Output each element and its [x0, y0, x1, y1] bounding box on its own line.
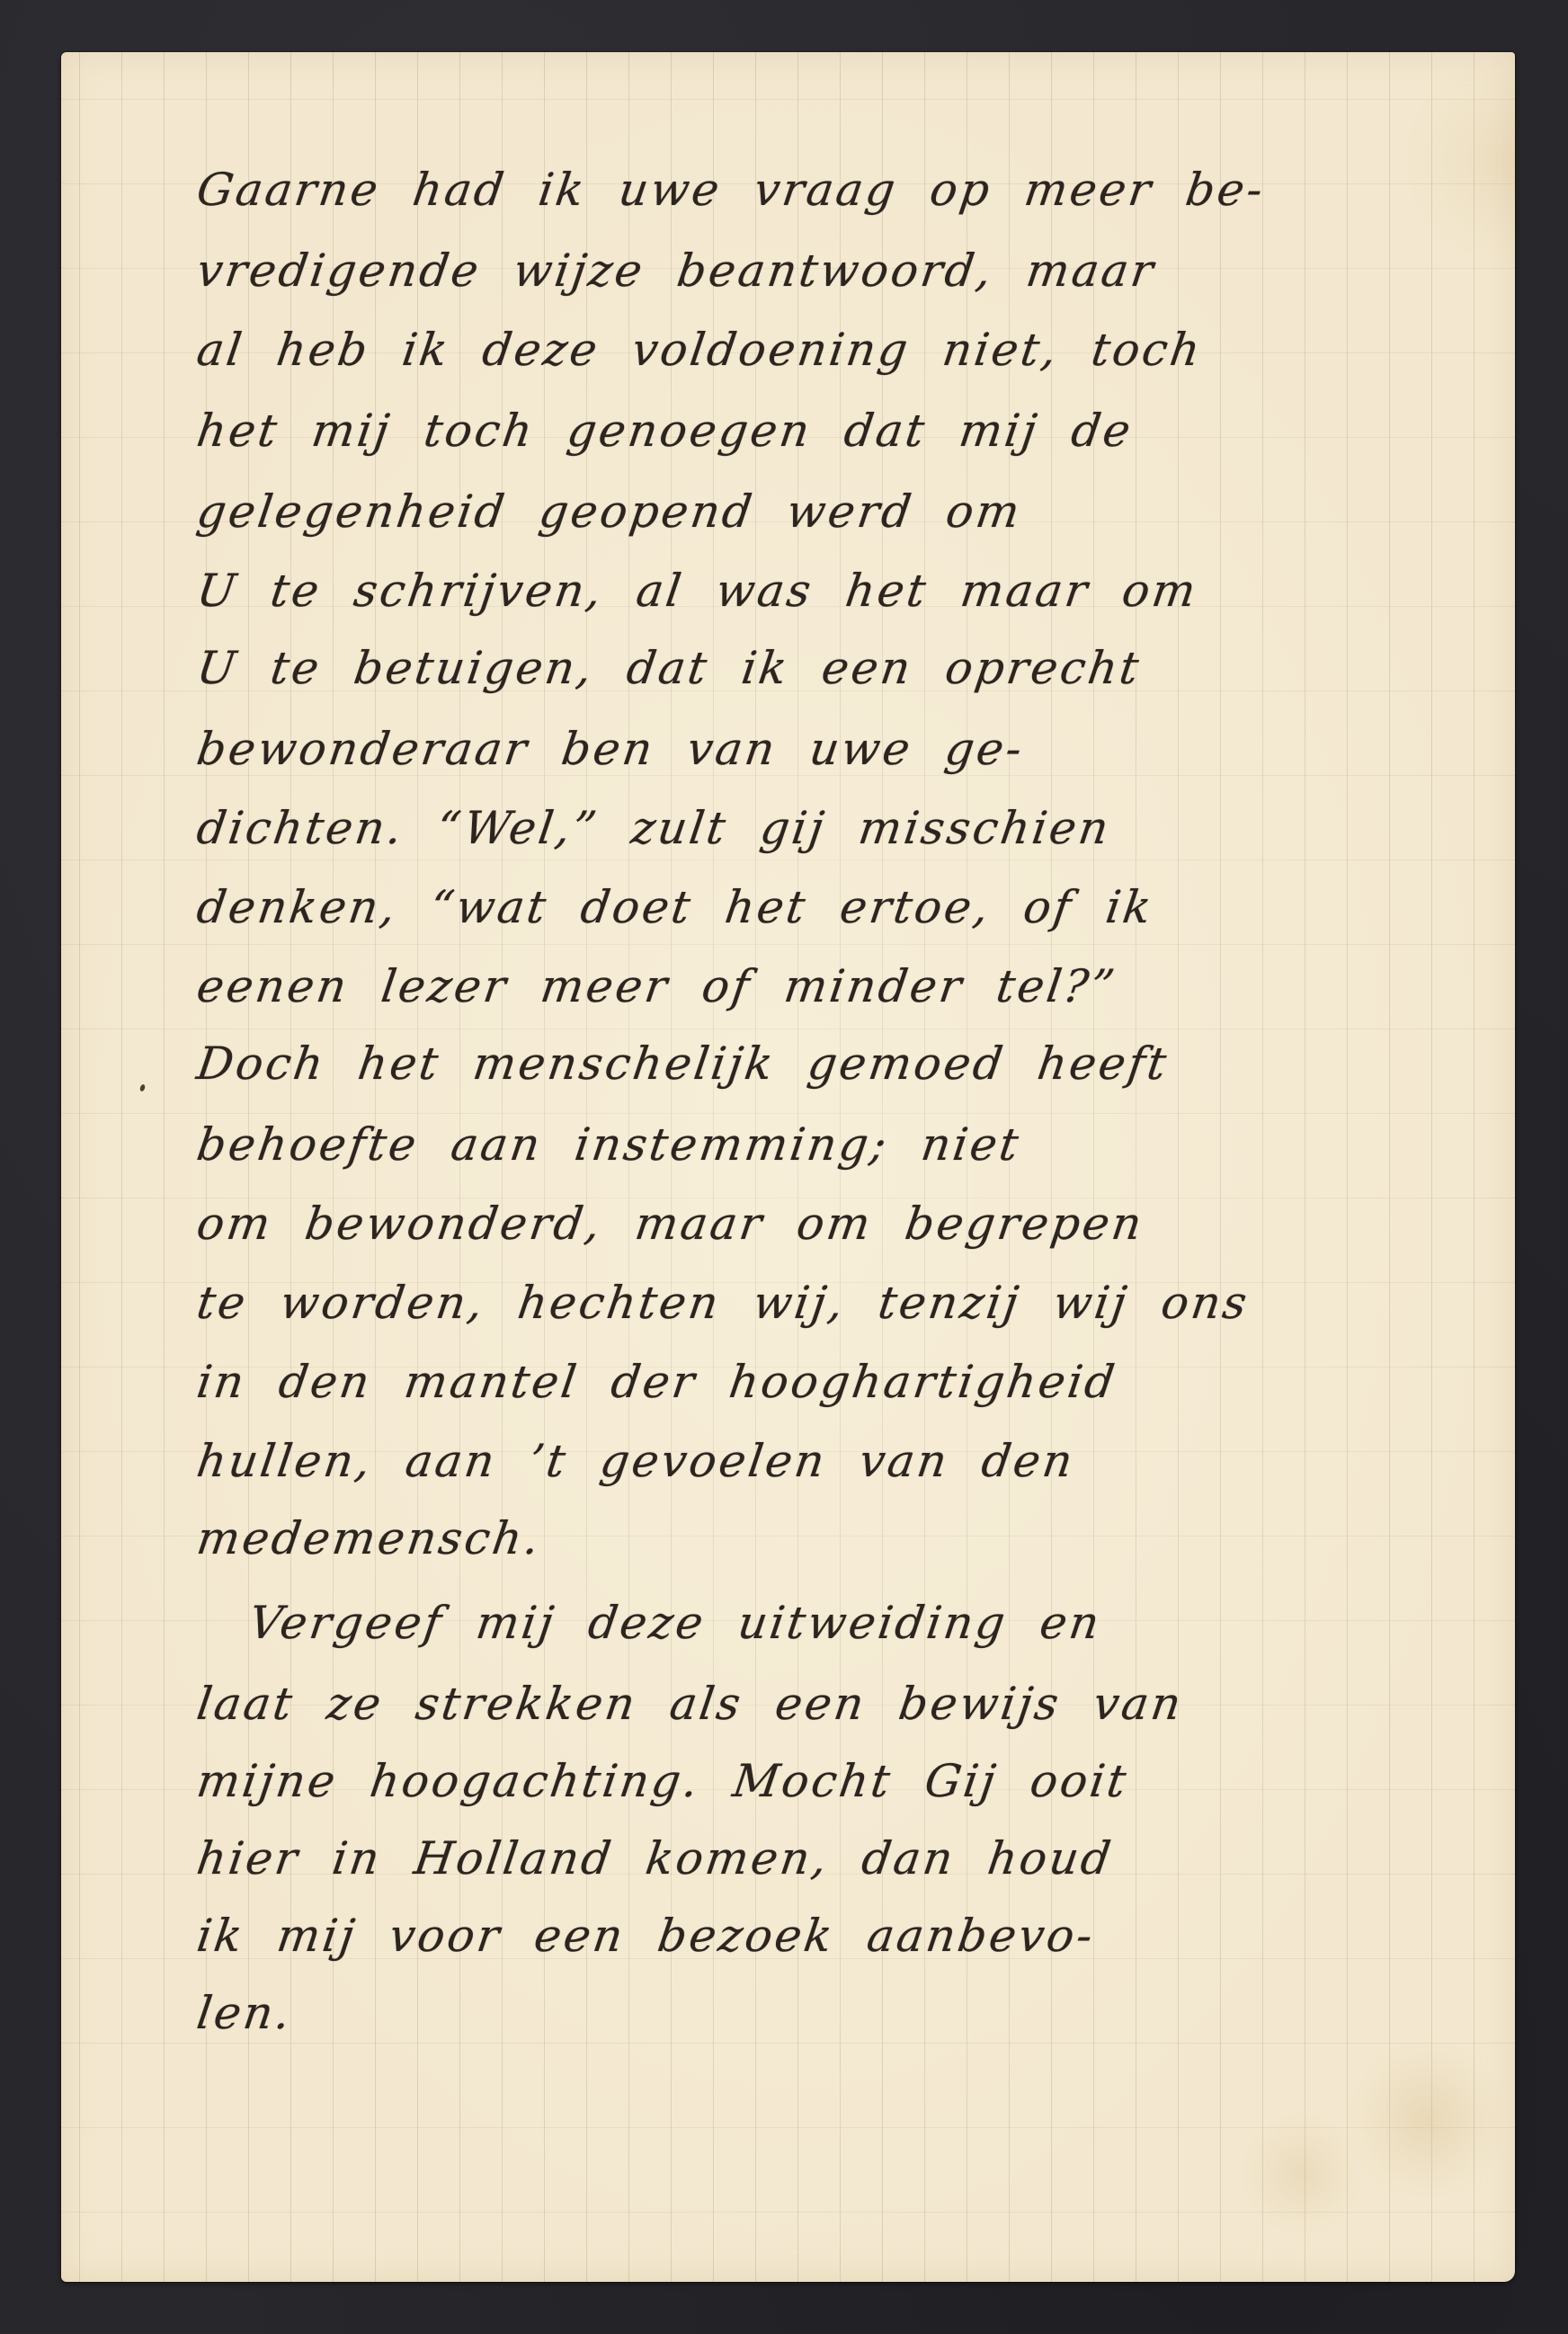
letter-line: te worden, hechten wij, tenzij wij ons [194, 1280, 1252, 1325]
letter-line: Gaarne had ik uwe vraag op meer be- [194, 167, 1268, 212]
letter-line: denken, “wat doet het ertoe, of ik [194, 885, 1156, 930]
letter-line: bewonderaar ben van uwe ge- [194, 726, 1027, 771]
letter-line: hier in Holland komen, dan houd [194, 1836, 1116, 1881]
letter-line: laat ze strekken als een bewijs van [194, 1681, 1186, 1726]
letter-line: mijne hoogachting. Mocht Gij ooit [194, 1759, 1131, 1804]
letter-line: in den mantel der hooghartigheid [194, 1359, 1119, 1404]
letter-line: Vergeef mij deze uitweiding en [194, 1600, 1104, 1645]
letter-line: dichten. “Wel,” zult gij misschien [194, 806, 1114, 851]
letter-line: len. [194, 1991, 296, 2036]
letter-page: Gaarne had ik uwe vraag op meer be- vred… [61, 52, 1515, 2282]
ink-speck [139, 1083, 146, 1091]
letter-line: al heb ik deze voldoening niet, toch [194, 327, 1205, 372]
letter-line: medemensch. [194, 1516, 545, 1561]
letter-line: eenen lezer meer of minder tel?” [194, 964, 1119, 1009]
letter-line: gelegenheid geopend werd om [194, 489, 1025, 534]
letter-line: hullen, aan ’t gevoelen van den [194, 1439, 1078, 1483]
letter-line: om bewonderd, maar om begrepen [194, 1201, 1147, 1246]
letter-line: vredigende wijze beantwoord, maar [194, 248, 1159, 293]
letter-line: ik mij voor een bezoek aanbevo- [194, 1913, 1098, 1958]
letter-line: behoefte aan instemming; niet [194, 1122, 1023, 1167]
letter-line: Doch het menschelijk gemoed heeft [194, 1041, 1172, 1086]
letter-line: U te schrijven, al was het maar om [194, 568, 1201, 613]
letter-line: het mij toch genoegen dat mij de [194, 408, 1136, 453]
letter-body: Gaarne had ik uwe vraag op meer be- vred… [194, 52, 1471, 2282]
letter-line: U te betuigen, dat ik een oprecht [194, 646, 1144, 690]
